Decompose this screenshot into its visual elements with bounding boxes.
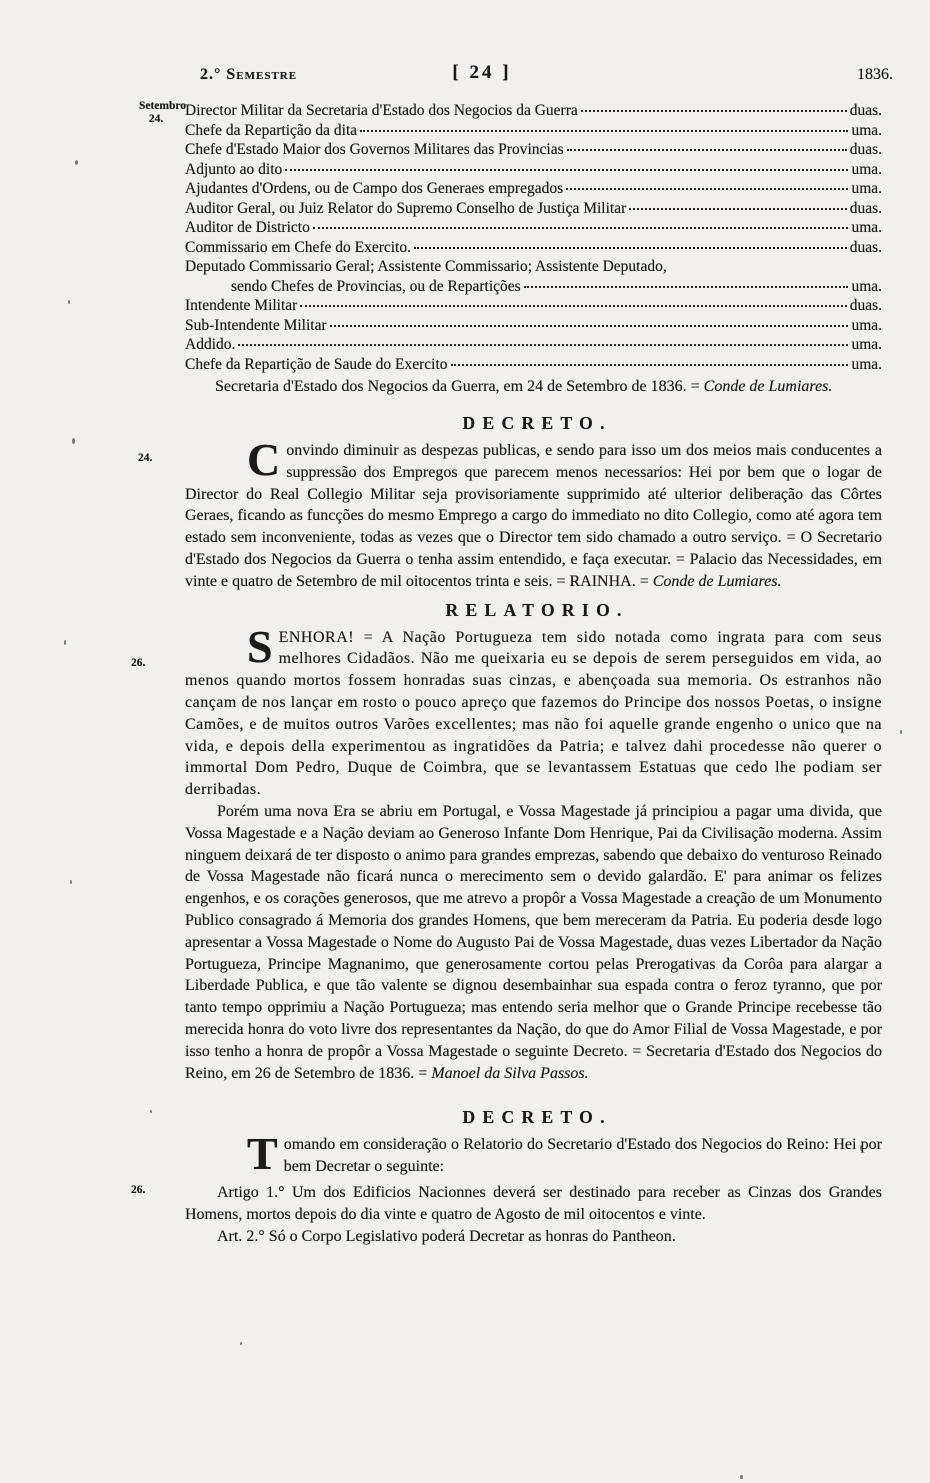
section-gap	[185, 1084, 882, 1100]
entry-value: uma.	[851, 218, 882, 238]
entry-label: Sub-Intendente Militar	[185, 316, 327, 336]
decree1-body: onvindo diminuir as despezas publicas, e…	[185, 442, 882, 590]
header-year: 1836.	[857, 66, 893, 84]
entry-value: duas.	[850, 101, 882, 121]
closing-signature: Conde de Lumiares.	[704, 378, 833, 395]
scan-speck	[75, 160, 78, 165]
entry-label: Adjunto ao dito	[185, 160, 282, 180]
list-item: Addido. uma.	[185, 335, 882, 355]
list-item: Adjunto ao dito uma.	[185, 160, 882, 180]
margin-note-day: 24.	[126, 113, 186, 126]
report-heading: RELATORIO.	[185, 600, 882, 621]
margin-note-report: 26.	[131, 657, 145, 670]
scan-speck	[68, 300, 70, 304]
entry-label: Chefe d'Estado Maior dos Governos Milita…	[185, 140, 564, 160]
scan-speck	[150, 1110, 152, 1113]
report-para2-body: Porém uma nova Era se abriu em Portugal,…	[185, 803, 882, 1082]
list-item: Sub-Intendente Militar uma.	[185, 316, 882, 336]
margin-note-date: Setembro 24.	[126, 100, 186, 126]
decree1-dropcap: C	[247, 440, 286, 478]
entry-label: Commissario em Chefe do Exercito.	[185, 238, 411, 258]
list-item: Intendente Militar duas.	[185, 296, 882, 316]
list-item: Deputado Commissario Geral; Assistente C…	[185, 257, 882, 277]
list-closing: Secretaria d'Estado dos Negocios da Guer…	[185, 376, 882, 397]
report-dropcap: S	[247, 627, 279, 665]
list-item: Chefe d'Estado Maior dos Governos Milita…	[185, 140, 882, 160]
decree2-body: omando em consideração o Relatorio do Se…	[284, 1136, 882, 1175]
report-para1-body: ENHORA! = A Nação Portugueza tem sido no…	[185, 629, 882, 799]
scan-speck	[70, 880, 72, 884]
entry-label: Auditor Geral, ou Juiz Relator do Suprem…	[185, 199, 626, 219]
decree2-article-2: Art. 2.° Só o Corpo Legislativo poderá D…	[185, 1226, 882, 1248]
entry-value: uma.	[851, 335, 882, 355]
list-item: Ajudantes d'Ordens, ou de Campo dos Gene…	[185, 179, 882, 199]
entry-label: Director Militar da Secretaria d'Estado …	[185, 101, 578, 121]
entry-value: uma.	[851, 316, 882, 336]
list-item: Auditor de Districto uma.	[185, 218, 882, 238]
decree1-heading: DECRETO.	[185, 413, 882, 434]
entry-value: duas.	[850, 296, 882, 316]
scan-speck	[72, 438, 75, 444]
entry-label: Chefe da Repartição de Saude do Exercito	[185, 355, 448, 375]
entry-label: Chefe da Repartição da dita	[185, 121, 357, 141]
entry-value: duas.	[850, 140, 882, 160]
entry-label: sendo Chefes de Provincias, ou de Repart…	[231, 277, 521, 297]
header-page-number: [ 24 ]	[452, 62, 511, 84]
decree1-paragraph: Convindo diminuir as despezas publicas, …	[185, 440, 882, 593]
entry-value: uma.	[851, 277, 882, 297]
main-column: Director Militar da Secretaria d'Estado …	[185, 101, 882, 1247]
decree2-paragraph: Tomando em consideração o Relatorio do S…	[185, 1134, 882, 1178]
scan-speck	[64, 640, 66, 645]
list-item: sendo Chefes de Provincias, ou de Repart…	[185, 277, 882, 297]
decree1-signature: Conde de Lumiares.	[653, 573, 782, 590]
scan-speck	[900, 730, 902, 734]
decree2-dropcap: T	[247, 1134, 284, 1172]
list-item: Commissario em Chefe do Exercito. duas.	[185, 238, 882, 258]
list-item: Auditor Geral, ou Juiz Relator do Suprem…	[185, 199, 882, 219]
entry-value: uma.	[851, 121, 882, 141]
entry-label: Deputado Commissario Geral; Assistente C…	[185, 257, 882, 277]
report-signature: Manoel da Silva Passos.	[431, 1065, 588, 1082]
closing-text: Secretaria d'Estado dos Negocios da Guer…	[215, 378, 704, 395]
entry-label: Intendente Militar	[185, 296, 297, 316]
entry-value: uma.	[851, 355, 882, 375]
decree2-article-1: Artigo 1.° Um dos Edificios Nacionnes de…	[185, 1182, 882, 1226]
entry-label: Auditor de Districto	[185, 218, 310, 238]
header-semester: 2.° Semestre	[200, 66, 297, 84]
entry-value: duas.	[850, 238, 882, 258]
entry-value: duas.	[850, 199, 882, 219]
margin-note-decree1: 24.	[138, 452, 152, 465]
allowance-list: Director Militar da Secretaria d'Estado …	[185, 101, 882, 374]
scan-speck	[240, 1342, 242, 1345]
scan-speck	[740, 1475, 743, 1479]
report-paragraph-1: SENHORA! = A Nação Portugueza tem sido n…	[185, 627, 882, 801]
gazette-page: 2.° Semestre [ 24 ] 1836. Setembro 24. 2…	[0, 0, 930, 1483]
list-item: Director Militar da Secretaria d'Estado …	[185, 101, 882, 121]
decree2-heading: DECRETO.	[185, 1107, 882, 1128]
entry-value: uma.	[851, 179, 882, 199]
margin-note-decree2: 26.	[131, 1184, 145, 1197]
entry-value: uma.	[851, 160, 882, 180]
margin-note-month: Setembro	[126, 100, 186, 113]
entry-label: Ajudantes d'Ordens, ou de Campo dos Gene…	[185, 179, 563, 199]
entry-label: Addido.	[185, 335, 235, 355]
report-paragraph-2: Porém uma nova Era se abriu em Portugal,…	[185, 801, 882, 1084]
list-item: Chefe da Repartição de Saude do Exercito…	[185, 355, 882, 375]
scan-speck	[860, 1145, 863, 1151]
list-item: Chefe da Repartição da dita uma.	[185, 121, 882, 141]
